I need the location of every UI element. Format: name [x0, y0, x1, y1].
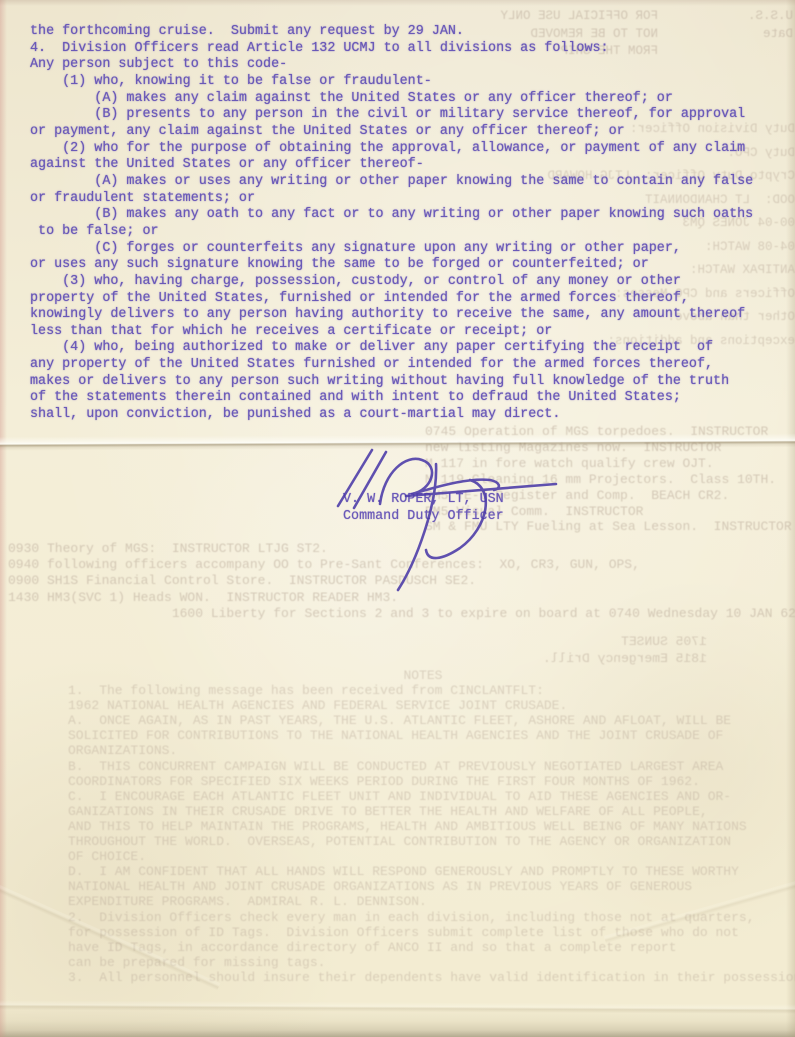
ghost-notes-block: NOTES1. The following message has been r…	[68, 668, 795, 985]
ghost-schedule-tail: 1705 SUNSET1815 Emergency Drill.	[543, 634, 707, 667]
handwritten-signature-icon	[320, 444, 580, 594]
text-line: against the United States or any officer…	[30, 157, 753, 174]
ghost-line: for possession of ID Tags. Division Offi…	[68, 925, 795, 940]
ghost-line: GANIZATIONS IN THEIR CRUSADE DRIVE TO BE…	[68, 804, 795, 819]
text-line: (2) who for the purpose of obtaining the…	[30, 141, 753, 158]
ghost-line: 1815 Emergency Drill.	[543, 651, 707, 668]
ghost-line: AND THIS TO HELP MAINTAIN THE PROGRAMS, …	[68, 819, 795, 834]
ghost-line: 1705 SUNSET	[543, 634, 707, 651]
ghost-line: COORDINATORS FOR SPECIFIED SIX WEEKS PER…	[68, 774, 795, 789]
text-line: of the statements therein contained and …	[30, 390, 753, 407]
text-line: any property of the United States furnis…	[30, 357, 753, 374]
text-line: 4. Division Officers read Article 132 UC…	[30, 41, 753, 58]
text-line: Any person subject to this code-	[30, 57, 753, 74]
ghost-line: A. ONCE AGAIN, AS IN PAST YEARS, THE U.S…	[68, 713, 795, 728]
text-line: or payment, any claim against the United…	[30, 124, 753, 141]
ghost-line: C. I ENCOURAGE EACH ATLANTIC FLEET UNIT …	[68, 789, 795, 804]
ghost-line: 1. The following message has been receiv…	[68, 683, 795, 698]
text-line: shall, upon conviction, be punished as a…	[30, 407, 753, 424]
text-line: (A) makes or uses any writing or other p…	[30, 174, 753, 191]
ghost-line: have ID Tags, in accordance directory of…	[68, 940, 795, 955]
ghost-line: D. I AM CONFIDENT THAT ALL HANDS WILL RE…	[68, 864, 795, 879]
ghost-line: ORGANIZATIONS.	[68, 743, 795, 758]
bottom-crease	[0, 1000, 795, 1014]
text-line: (B) presents to any person in the civil …	[30, 107, 753, 124]
text-line: to be false; or	[30, 224, 753, 241]
text-line: or fraudulent statements; or	[30, 191, 753, 208]
text-line: (C) forges or counterfeits any signature…	[30, 241, 753, 258]
ghost-line: NATIONAL HEALTH AND JOINT CRUSADE ORGANI…	[68, 879, 795, 894]
ghost-line: SOLICITED FOR CONTRIBUTIONS TO THE NATIO…	[68, 728, 795, 743]
text-line: (4) who, being authorized to make or del…	[30, 340, 753, 357]
text-line: less than that for which he receives a c…	[30, 324, 753, 341]
text-line: property of the United States, furnished…	[30, 291, 753, 308]
ghost-line: NOTES	[68, 668, 795, 683]
text-line: makes or delivers to any person such wri…	[30, 374, 753, 391]
typed-body-text: the forthcoming cruise. Submit any reque…	[30, 24, 753, 424]
text-line: (A) makes any claim against the United S…	[30, 91, 753, 108]
ghost-line: OF CHOICE.	[68, 849, 795, 864]
scanned-document-page: U.S.S. FOR OFFICIAL USE ONLYDate NOT TO …	[0, 0, 795, 1037]
text-line: the forthcoming cruise. Submit any reque…	[30, 24, 753, 41]
text-line: (B) makes any oath to any fact or to any…	[30, 207, 753, 224]
text-line: (1) who, knowing it to be false or fraud…	[30, 74, 753, 91]
ghost-line: 1962 NATIONAL HEALTH AGENCIES AND FEDERA…	[68, 698, 795, 713]
text-line: or uses any such signature knowing the s…	[30, 257, 753, 274]
ghost-line: B. THIS CONCURRENT CAMPAIGN WILL BE COND…	[68, 759, 795, 774]
ghost-line: 1600 Liberty for Sections 2 and 3 to exp…	[8, 606, 795, 622]
text-line: knowingly delivers to any person having …	[30, 307, 753, 324]
ghost-line: EXPENDITURE PROGRAMS. ADMIRAL R. L. DENN…	[68, 894, 795, 909]
ghost-line: THROUGHOUT THE WORLD. OVERSEAS, POTENTIA…	[68, 834, 795, 849]
ghost-line: U.S.S. FOR OFFICIAL USE ONLY	[455, 8, 793, 26]
text-line: (3) who, having charge, possession, cust…	[30, 274, 753, 291]
